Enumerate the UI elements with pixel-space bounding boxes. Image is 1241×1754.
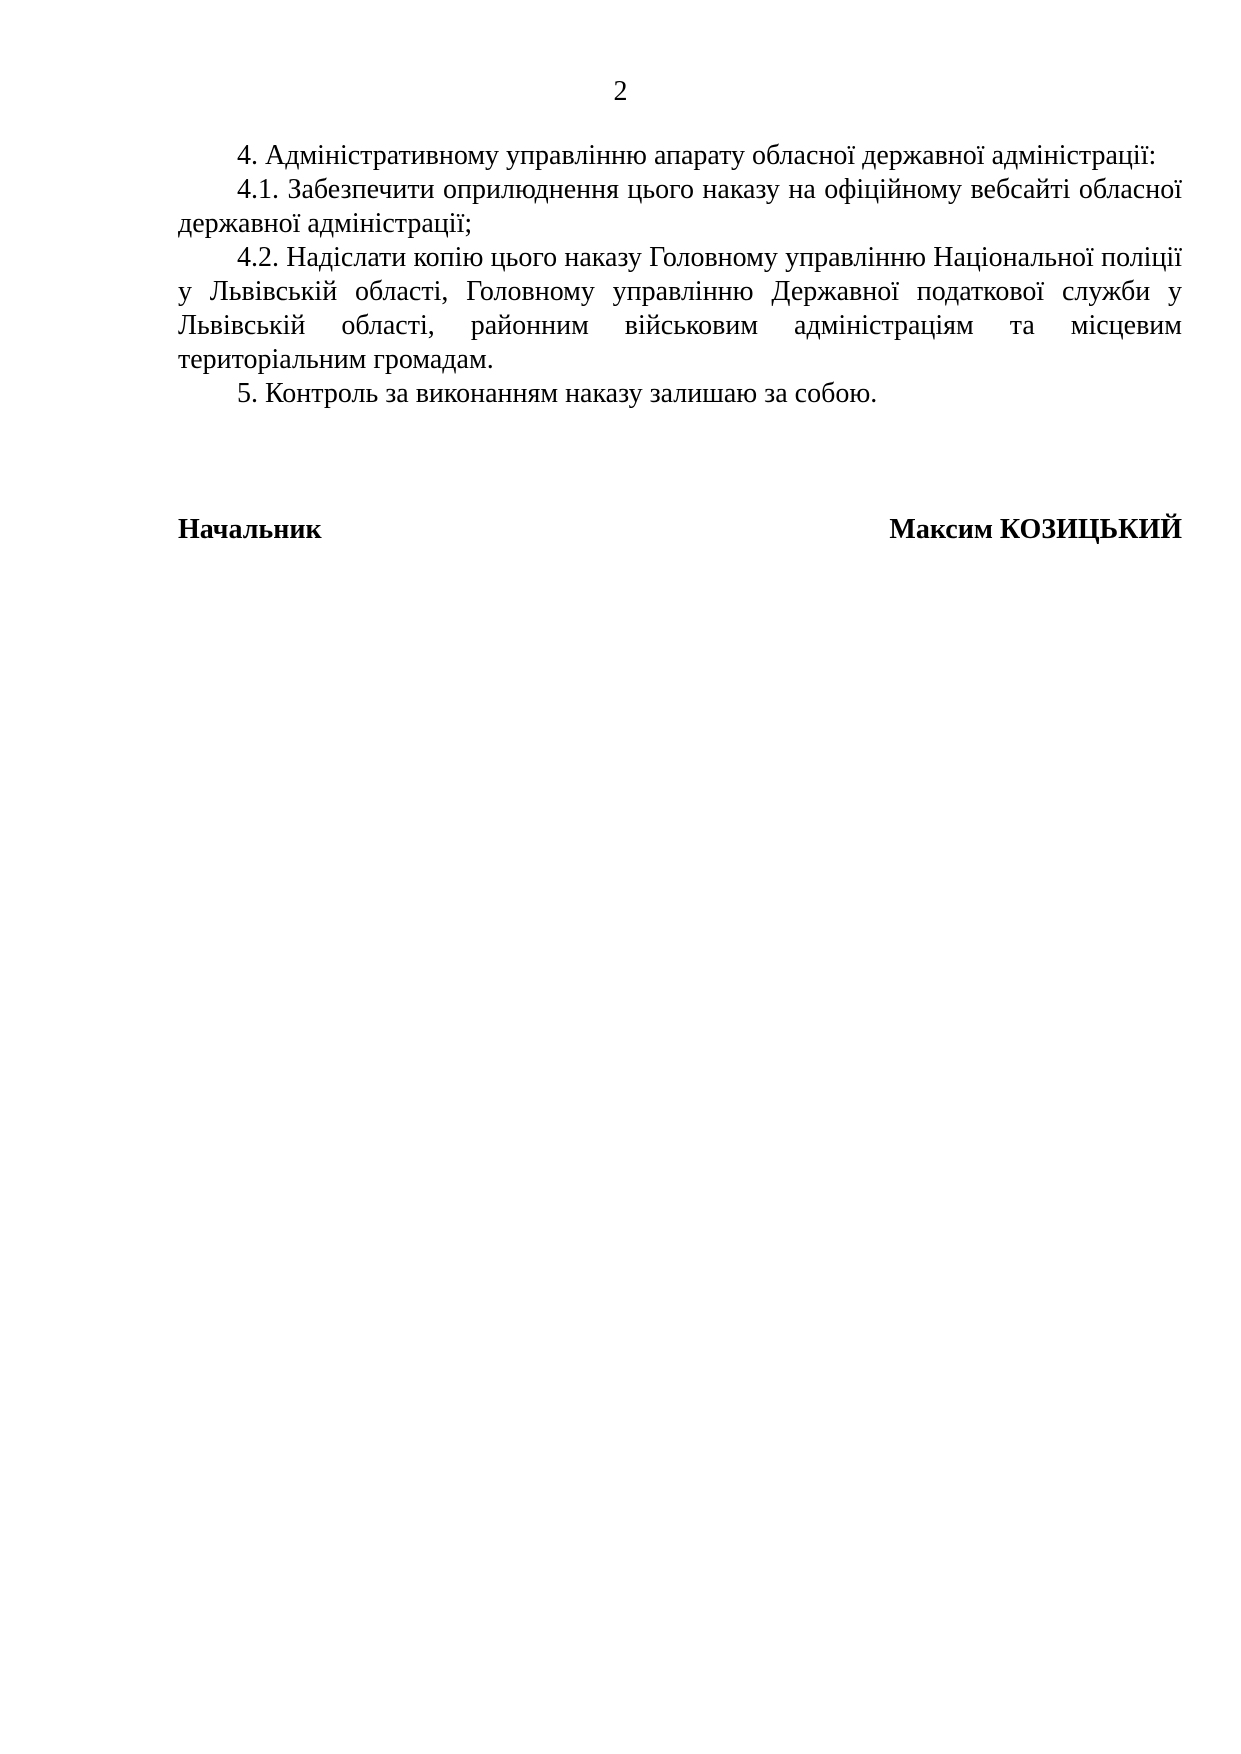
page-number: 2: [0, 76, 1241, 108]
signatory-name: Максим КОЗИЦЬКИЙ: [889, 513, 1182, 547]
signatory-position: Начальник: [178, 513, 322, 547]
document-page: 2 4. Адміністративному управлінню апарат…: [0, 0, 1241, 1754]
document-body: 4. Адміністративному управлінню апарату …: [178, 139, 1182, 411]
paragraph-item-4-2: 4.2. Надіслати копію цього наказу Головн…: [178, 241, 1182, 377]
signature-block: Начальник Максим КОЗИЦЬКИЙ: [178, 513, 1182, 547]
paragraph-item-5: 5. Контроль за виконанням наказу залишаю…: [178, 377, 1182, 411]
paragraph-item-4-1: 4.1. Забезпечити оприлюднення цього нака…: [178, 173, 1182, 241]
paragraph-item-4: 4. Адміністративному управлінню апарату …: [178, 139, 1182, 173]
